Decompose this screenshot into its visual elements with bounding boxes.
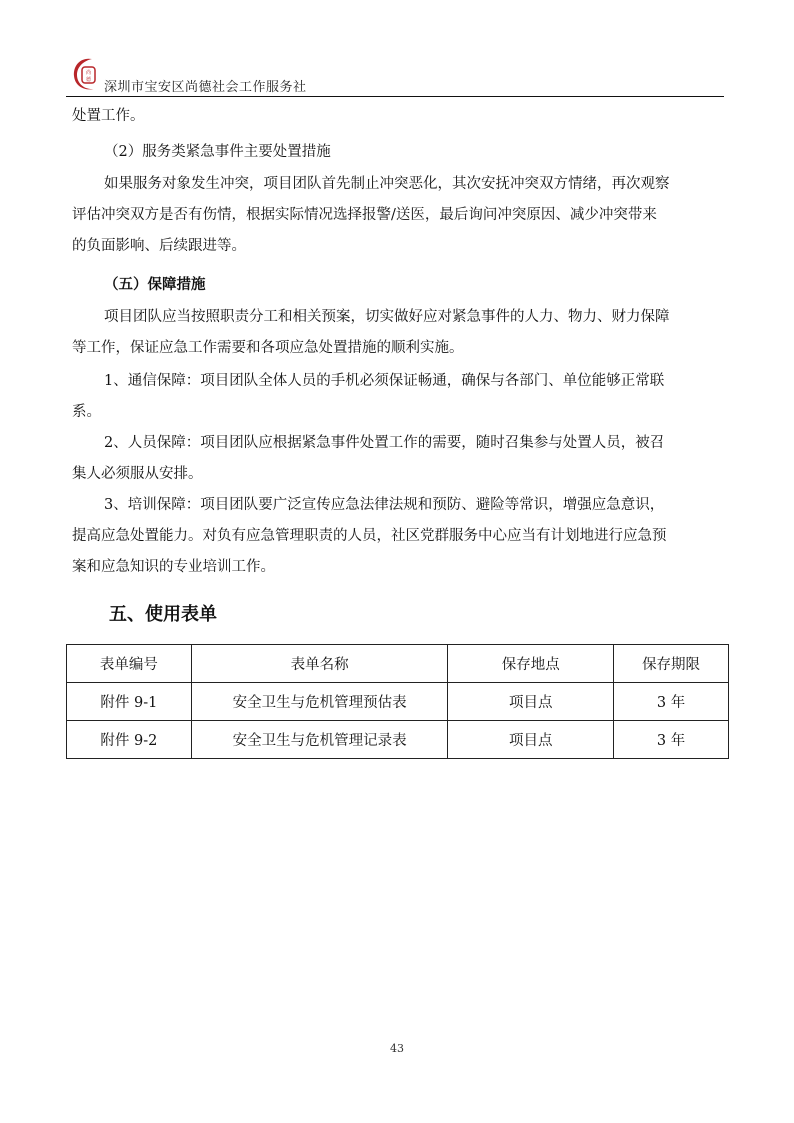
- forms-table: 表单编号 表单名称 保存地点 保存期限 附件 9-1 安全卫生与危机管理预估表 …: [66, 644, 729, 759]
- body-line: 2、人员保障：项目团队应根据紧急事件处置工作的需要，随时召集参与处置人员，被召: [104, 433, 756, 453]
- section-subheading: （五）保障措施: [104, 275, 756, 295]
- table-cell: 项目点: [448, 721, 614, 759]
- table-cell: 安全卫生与危机管理记录表: [191, 721, 448, 759]
- table-cell: 项目点: [448, 683, 614, 721]
- header-cell: 保存期限: [614, 645, 729, 683]
- section-title: 五、使用表单: [109, 600, 217, 626]
- table-cell: 附件 9-2: [67, 721, 192, 759]
- header-divider: [66, 96, 724, 97]
- body-line: 系。: [72, 402, 724, 422]
- table-row: 附件 9-2 安全卫生与危机管理记录表 项目点 3 年: [67, 721, 729, 759]
- header-cell: 表单名称: [191, 645, 448, 683]
- body-line: 如果服务对象发生冲突，项目团队首先制止冲突恶化，其次安抚冲突双方情绪，再次观察: [104, 174, 756, 194]
- svg-text:尚: 尚: [86, 69, 91, 76]
- page-header: 尚 德 深圳市宝安区尚德社会工作服务社: [66, 54, 724, 96]
- org-logo-icon: 尚 德: [72, 56, 102, 92]
- table-cell: 3 年: [614, 683, 729, 721]
- body-line: 评估冲突双方是否有伤情，根据实际情况选择报警/送医，最后询问冲突原因、减少冲突带…: [72, 205, 724, 225]
- subheading: （2）服务类紧急事件主要处置措施: [104, 142, 756, 162]
- table-cell: 安全卫生与危机管理预估表: [191, 683, 448, 721]
- body-line: 提高应急处置能力。对负有应急管理职责的人员，社区党群服务中心应当有计划地进行应急…: [72, 526, 724, 546]
- body-line: 3、培训保障：项目团队要广泛宣传应急法律法规和预防、避险等常识，增强应急意识，: [104, 495, 756, 515]
- header-cell: 保存地点: [448, 645, 614, 683]
- body-line: 的负面影响、后续跟进等。: [72, 236, 724, 256]
- body-line: 项目团队应当按照职责分工和相关预案，切实做好应对紧急事件的人力、物力、财力保障: [104, 307, 756, 327]
- table-header-row: 表单编号 表单名称 保存地点 保存期限: [67, 645, 729, 683]
- body-line: 1、通信保障：项目团队全体人员的手机必须保证畅通，确保与各部门、单位能够正常联: [104, 371, 756, 391]
- body-line: 处置工作。: [72, 106, 724, 126]
- svg-text:德: 德: [86, 76, 92, 83]
- page-number: 43: [0, 1042, 794, 1055]
- body-line: 等工作，保证应急工作需要和各项应急处置措施的顺利实施。: [72, 338, 724, 358]
- table-row: 附件 9-1 安全卫生与危机管理预估表 项目点 3 年: [67, 683, 729, 721]
- body-line: 集人必须服从安排。: [72, 464, 724, 484]
- header-cell: 表单编号: [67, 645, 192, 683]
- body-line: 案和应急知识的专业培训工作。: [72, 557, 724, 577]
- org-name: 深圳市宝安区尚德社会工作服务社: [104, 76, 307, 95]
- table-cell: 3 年: [614, 721, 729, 759]
- table-cell: 附件 9-1: [67, 683, 192, 721]
